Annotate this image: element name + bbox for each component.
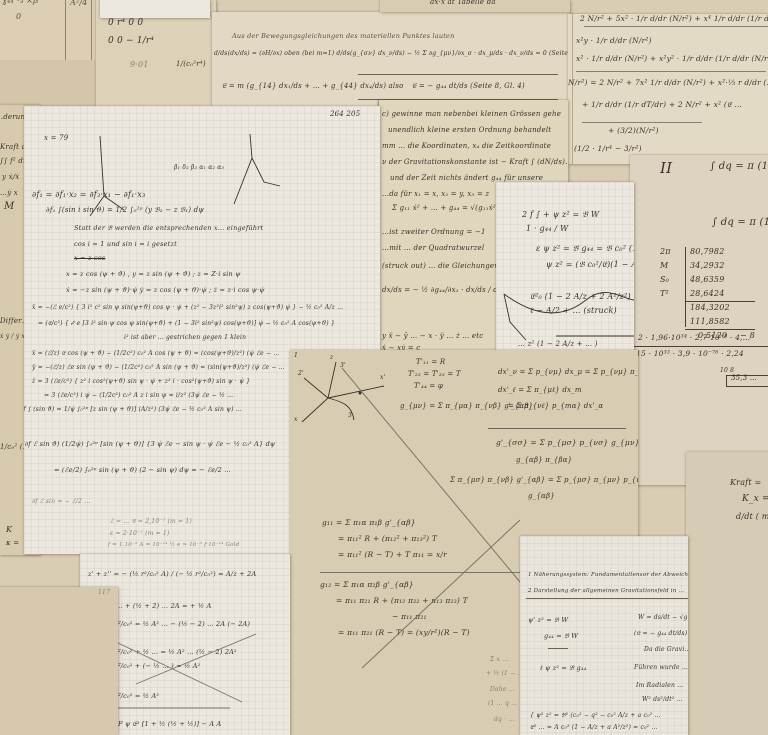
handwriting-line: 1 Näherungssystem: Fundamentaltensor der… <box>528 572 688 578</box>
underline <box>526 598 688 599</box>
fraction-numerator: 2 · 1,96·10³⁴ · 2,7·10⁻⁸ · 4,… <box>638 333 750 342</box>
equation-line: ℓ ψ z² = 𝔅 g₄₄ <box>540 664 586 673</box>
handwriting-line: …da für x₁ = x, x₂ = y, x₃ = z <box>382 190 489 198</box>
sheet-top-left-fragment: ɣ₄₄ ⁴₃ ×ß 0 <box>0 0 100 62</box>
axes-diagram-left <box>84 136 164 216</box>
log-value: 80,7982 <box>690 247 724 256</box>
paper-edge <box>572 14 573 164</box>
sheet-top-center: Aus der Bewegungsgleichungen des materie… <box>212 12 570 108</box>
equation-line: ẋ = −z sin (ψ + ϑ)·ψ̇ ẏ = z cos (ψ + ϑ)·… <box>66 286 265 294</box>
sheet-right-edge: Kraft = K_x = d/dt ( m … <box>686 452 768 735</box>
sum-line <box>685 301 755 302</box>
equation-line: N/r²) = 2 N/r² + 7x² 1/r d/dr (N/r²) + x… <box>568 78 768 87</box>
faint-equation: ℰ = … 𝔄 = 2,10⁻⁷ (m = 1) <box>110 518 192 526</box>
equation-line: ÿ = −(ℰ/z) ℰe sin (ψ + ϑ) − (1/2c²) c₀² … <box>32 364 285 371</box>
sheet-top-strip: ax·x at Tabelle da <box>380 0 570 12</box>
handwriting-line: i² ist aber … gestrichen gegen 1 klein <box>124 334 246 341</box>
handwriting-line: ∂f₁ = ∂f₁·x₂ = ∂f₃·x₁ − ∂f₁·x₃ <box>32 190 145 199</box>
matrix-row: 0 0 − 1/r⁴ <box>108 36 154 46</box>
handwriting-line: …ẏ x <box>0 189 18 197</box>
handwriting-line: 1/(c₀²r⁴) <box>176 60 206 68</box>
log-value: 48,6359 <box>690 275 724 284</box>
curve-annotation <box>496 182 634 352</box>
equation-line: z̈ = 3 (ℰe/c²) { z² i cos²(ψ+ϑ) sin ψ · … <box>32 378 250 385</box>
equation-line: g₄₄ = 𝔅 W <box>544 632 578 641</box>
faint-equation: ∂f ℰ sin = − ℰ/2 … <box>32 498 90 505</box>
handwriting-line: d/dt ( m … <box>736 512 768 521</box>
equation-line: W = ds/dt − √g … <box>638 614 688 621</box>
handwriting-line: y ẋ/ẋ <box>2 173 19 181</box>
equation-line: 𝔈 = m (g_{14} dx₁/ds + … + g_{44} dx₄/ds… <box>222 82 404 91</box>
log-label: T² <box>660 289 669 298</box>
faint-note: dq · … <box>494 716 515 723</box>
equation-line: ∫ dq = π (1 − … <box>712 217 768 228</box>
handwriting-line: κ = <box>6 539 19 547</box>
faint-note: + ½ (1 − … <box>486 670 524 677</box>
equation-line: = 3 (ℰe/c²) i ψ̇ − (1/2c²) c₀² A z i sin… <box>44 392 233 399</box>
equation-line: + (3/2)(N/r²) <box>608 126 659 135</box>
sheet-bottom-left-blank: 117 <box>0 587 118 735</box>
equation-line: = (ℰe/2) ∫₀²ᵖ sin (ψ + ϑ) (2 − sin ψ) dψ… <box>54 466 231 474</box>
handwriting-line: (struck out) … die Gleichungen … <box>382 262 509 270</box>
handwriting-line: A²/4 <box>70 0 88 7</box>
handwriting-line: ẋ ẏ / ẏ x <box>0 333 25 340</box>
handwriting-line: 0 <box>16 12 21 21</box>
handwriting-line: …mit … der Quadratwurzel <box>382 244 484 252</box>
sheet-top-right: 2 N/r² + 5x² · 1/r d/dr (N/r²) + x⁴ 1/r … <box>568 14 768 164</box>
matrix-row: 0 r⁴ 0 0 <box>108 18 143 28</box>
underline <box>584 26 768 27</box>
footnote: 10 8 <box>720 367 734 374</box>
equation-line: ẍ = −(ℰ e/c²) { 3 i² c² sin ψ sin(ψ+ϑ) c… <box>32 304 343 311</box>
equation-line: ∂f₁ ∫(sin i sin ϑ) = 1/2 ∫₀²ᵖ (y 𝔅₂ − z … <box>46 206 204 215</box>
sheet-small-white-note: 2 f ∫ + ψ z² = 𝔅 W 1 · g₄₄ / W ε ψ z² = … <box>496 182 634 352</box>
faint-equation: f = 1.10⁻⁵ A = 10⁻¹⁴ ½ e ≈ 10⁻⁵ f·10⁻¹⁴ … <box>108 542 239 548</box>
table-divider <box>685 247 686 327</box>
equation-line: ẍ = (ℰ/z) 𝔈 cos (ψ + ϑ) − (1/2c²) c₀² A … <box>32 350 280 358</box>
handwriting-line: cos i = 1 und sin i = i gesetzt <box>74 240 177 248</box>
handwriting-line: …ist zweiter Ordnung = −1 <box>382 228 486 236</box>
faint-note: Dahe … <box>490 686 515 693</box>
fraction-denominator: 15 · 10³³ · 3,9 · 10⁻⁷⁶ · 2,24 <box>636 349 744 358</box>
equation-line: { ψ² z² = 𝔅² (c₀² − q² − c₀² A/z + a c₀²… <box>530 712 661 720</box>
equation-line: x²y · 1/r d/dr (N/r²) <box>576 36 652 45</box>
equation-line: x = 79 <box>44 134 68 142</box>
equation-line: (𝔈 = − g₄₄ dt/ds) <box>634 630 687 638</box>
equation-line: W² ds²/dt² … <box>642 696 683 703</box>
equation-line: d/ds(dx/ds) = (∂H/∂x) oben (bei m=1) d/d… <box>214 50 570 57</box>
equation-line: y ẍ − ȳ … − x · ÿ … ż … etc <box>382 332 483 340</box>
equation-line: (1/2 · 1/r⁴ − 3/r²) <box>574 144 642 153</box>
equation-line: 2 N/r² + 5x² · 1/r d/dr (N/r²) + x⁴ 1/r … <box>580 14 768 23</box>
page-number: 117 <box>98 589 110 596</box>
handwriting-line: ɣ₄₄ ⁴₃ ×ß <box>2 0 39 5</box>
underline <box>358 74 558 75</box>
boxed-value: 35,3 … <box>726 375 768 387</box>
log-value: 28,6424 <box>690 289 724 298</box>
handwriting-line: 9·01 <box>130 60 149 69</box>
equation-line: ∫ dq = π (1 − … <box>710 161 768 172</box>
faint-equation: ε = 2·10⁻⁷ (m = 1) <box>110 530 170 537</box>
equation-line: x = z cos (ψ + ϑ) , y = z sin (ψ + ϑ) ; … <box>66 270 241 278</box>
handwriting-line: ax·x at Tabelle da <box>430 0 496 6</box>
equation-line: = (𝔈/c²) { ℰ e [3 i² sin ψ cos ψ sin(ψ+ϑ… <box>38 320 335 328</box>
axes-diagram-right <box>224 134 304 214</box>
handwriting-line: 2 Darstellung der allgemeinen Gravitatio… <box>528 588 684 594</box>
log-value: 34,2932 <box>690 261 724 270</box>
faint-note: (1 … q … <box>488 700 517 707</box>
equation-line: + 1/r d/dr (1/r dT/dr) + 2 N/r² + x² (𝔈 … <box>582 100 742 110</box>
sheet-right-computation: II ∫ dq = π (1 − … ∫ dq = π (1 − … 2π M … <box>630 155 768 485</box>
fraction-bar <box>634 346 768 347</box>
equation-line: ψ' z² = 𝔅 W <box>528 616 568 625</box>
log-label: 2π <box>660 247 671 256</box>
handwriting-line: ν der Gravitationskonstante ist − Kraft … <box>382 158 568 166</box>
handwriting-line: Kraft = <box>730 478 761 487</box>
handwriting-line: M <box>4 201 14 212</box>
equation-line: ∂f ∫ (sin ϑ) = 1/ψ̇ ∫₀²ᵖ [z sin (ψ + ϑ)]… <box>24 406 242 413</box>
handwriting-line: K <box>6 525 12 534</box>
log-sum: 111,8582 <box>690 317 730 326</box>
handwriting-line: Da die Gravi… <box>644 646 688 653</box>
equation-line: dx/ds = − ½ ∂g₄₄/∂x₁ · dx/ds / ds/dt <box>382 286 512 294</box>
equation-line: x² · 1/r d/dr (N/r²) + x²y² · 1/r d/dr (… <box>576 54 768 63</box>
section-label: II <box>660 159 672 177</box>
handwriting-line: mm … die Koordinaten, x₄ die Zeitkoordin… <box>382 142 551 150</box>
handwriting-line: c) gewinne man nebenbei kleinen Grössen … <box>382 110 561 118</box>
log-sum: 184,3202 <box>690 303 730 312</box>
margin-line <box>65 0 66 60</box>
margin-line <box>91 0 92 60</box>
handwriting-line: Im Radialen … <box>636 682 683 689</box>
boxed-text: 35,3 … <box>731 374 757 382</box>
equation-line: 𝔈 = − g₄₄ dt/ds (Seite 8, Gl. 4) <box>412 82 525 91</box>
equation-line: … z² (1 − 2 A/z + … ) <box>518 340 598 348</box>
faint-note: Σ x … <box>490 656 508 663</box>
sheet-heading: Aus der Bewegungsgleichungen des materie… <box>232 32 454 40</box>
log-label: S₀ <box>660 275 669 284</box>
handwriting-line: und der Zeit nichts ändert g₄₄ für unser… <box>390 174 543 182</box>
sheet-bottom-right-grid-page: 1 Näherungssystem: Fundamentaltensor der… <box>520 536 688 735</box>
underline <box>582 122 702 123</box>
page-number: 264 205 <box>330 110 360 118</box>
sheet-top-white-strip <box>100 0 210 18</box>
underline <box>576 71 766 72</box>
equation-line: β₁ ẟ₂ β₃ α₁ α₂ α₃ <box>174 164 224 171</box>
underline <box>548 648 568 649</box>
equation-line: (∂f ℰ sin ϑ) (1/2ψ̇) ∫₀²ᵖ [sin (ψ + ϑ)] … <box>24 440 275 448</box>
handwriting-line: unendlich kleine ersten Ordnung behandel… <box>388 126 551 134</box>
handwriting-line: Führen wurde … <box>634 664 688 671</box>
log-label: M <box>660 261 668 270</box>
handwriting-line: K_x = <box>742 494 768 504</box>
handwriting-line: Statt der 𝔅 werden die entsprechenden x…… <box>74 224 263 233</box>
struck-out-text: x = z cos <box>74 254 105 262</box>
sum-line <box>685 329 755 330</box>
equation-line: 𝔈² … = A c₀² (1 − A/z + a A²/z²) = c₀² … <box>530 724 658 732</box>
